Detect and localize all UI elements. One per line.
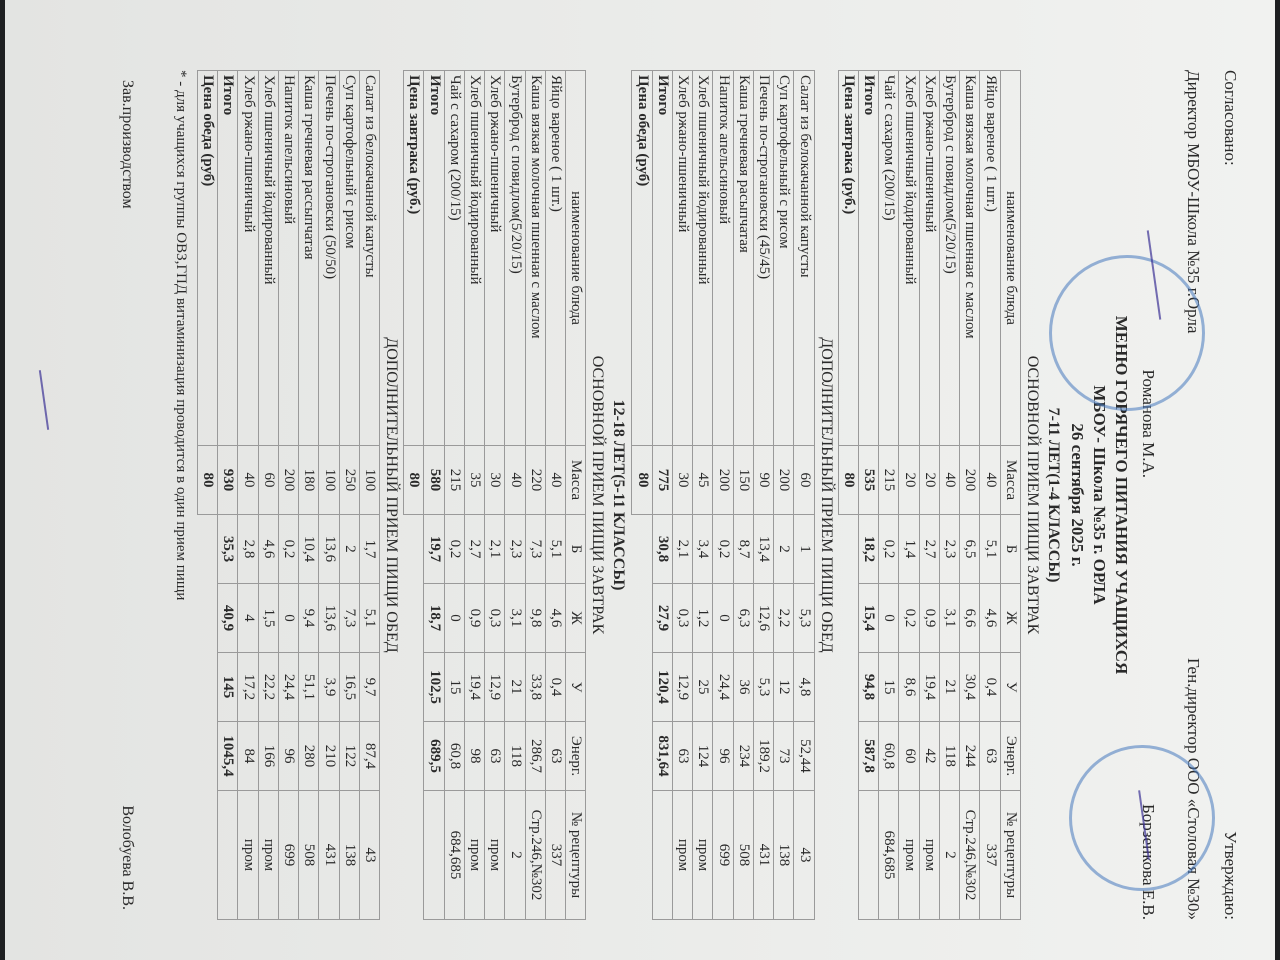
table-row: Яйцо вареное ( 1 шт.)405,14,60,463337: [980, 71, 1000, 920]
cell-mass: 215: [879, 446, 899, 515]
cell-energy: 210: [319, 722, 339, 791]
cell-b: 2,7: [464, 515, 484, 584]
table-row: Каша вязкая молочная пшенная с маслом220…: [525, 71, 545, 920]
menu-document-page: Согласовано: Директор МБОУ-Школа №35 г.О…: [5, 0, 1275, 960]
cell-recipe: пром: [258, 791, 278, 920]
total-recipe: [424, 791, 444, 920]
table-row: Напиток апельсиновый2000,2024,496699: [713, 71, 733, 920]
cell-recipe: 138: [774, 791, 794, 920]
cell-energy: 124: [693, 722, 713, 791]
cell-b: 2,3: [939, 515, 959, 584]
cell-zh: 5,3: [794, 584, 814, 653]
school-stamp: [1049, 255, 1205, 411]
cell-mass: 250: [339, 446, 359, 515]
cell-name: Хлеб ржано-пшеничный: [919, 71, 939, 446]
cell-zh: 13,6: [319, 584, 339, 653]
cell-mass: 60: [258, 446, 278, 515]
cell-mass: 40: [238, 446, 258, 515]
cell-b: 3,4: [693, 515, 713, 584]
lunch-section-title: ДОПОЛНИТЕЛЬНЫЙ ПРИЕМ ПИЩИ ОБЕД: [382, 70, 400, 920]
cell-mass: 90: [753, 446, 773, 515]
cell-u: 12: [774, 653, 794, 722]
cell-u: 8,6: [899, 653, 919, 722]
table-row: Бутерброд с повидлом(5/20/15)402,33,1211…: [939, 71, 959, 920]
cell-energy: 63: [545, 722, 565, 791]
cell-mass: 200: [713, 446, 733, 515]
cell-name: Салат из белокачанной капусты: [359, 71, 379, 446]
breakfast-section-title: ОСНОВНОЙ ПРИЕМ ПИЩИ ЗАВТРАК: [1023, 70, 1041, 920]
cell-energy: 189,2: [753, 722, 773, 791]
table-row: Хлеб ржано-пшеничный302,10,312,963пром: [485, 71, 505, 920]
cell-u: 5,3: [753, 653, 773, 722]
cell-name: Бутерброд с повидлом(5/20/15): [939, 71, 959, 446]
cell-name: Хлеб ржано-пшеничный: [238, 71, 258, 446]
total-zh: 27,9: [652, 584, 672, 653]
cell-energy: 63: [485, 722, 505, 791]
cell-recipe: 684,685: [879, 791, 899, 920]
cell-mass: 30: [672, 446, 692, 515]
cell-recipe: 337: [545, 791, 565, 920]
cell-recipe: 431: [319, 791, 339, 920]
cell-name: Суп картофельный с рисом: [774, 71, 794, 446]
cell-energy: 166: [258, 722, 278, 791]
cell-energy: 60,8: [444, 722, 464, 791]
cell-zh: 4,6: [545, 584, 565, 653]
cell-b: 4,6: [258, 515, 278, 584]
cell-u: 33,8: [525, 653, 545, 722]
total-energy: 689,5: [424, 722, 444, 791]
total-energy: 587,8: [858, 722, 878, 791]
total-row: Итого53518,215,494,8587,8: [858, 71, 878, 920]
table-row: Суп картофельный с рисом25027,316,512213…: [339, 71, 359, 920]
cell-recipe: пром: [485, 791, 505, 920]
table-row: Каша вязкая молочная пшенная с маслом200…: [960, 71, 980, 920]
age-groups: 7-11 ЛЕТ(1-4 КЛАССЫ)ОСНОВНОЙ ПРИЕМ ПИЩИ …: [197, 70, 1062, 920]
cell-b: 2: [339, 515, 359, 584]
column-header-zh: Ж: [1000, 584, 1020, 653]
price-label: Цена завтрака (руб.): [404, 71, 424, 446]
cell-name: Хлеб пшеничный йодированный: [464, 71, 484, 446]
cell-energy: 96: [278, 722, 298, 791]
table-row: Салат из белокачанной капусты1001,75,19,…: [359, 71, 379, 920]
cell-recipe: 337: [980, 791, 1000, 920]
cell-mass: 40: [980, 446, 1000, 515]
cell-energy: 96: [713, 722, 733, 791]
cell-name: Суп картофельный с рисом: [339, 71, 359, 446]
cell-mass: 20: [899, 446, 919, 515]
cell-u: 3,9: [319, 653, 339, 722]
total-zh: 15,4: [858, 584, 878, 653]
total-name: Итого: [652, 71, 672, 446]
cell-u: 51,1: [299, 653, 319, 722]
cell-recipe: пром: [899, 791, 919, 920]
total-u: 145: [218, 653, 238, 722]
price-value: 80: [838, 446, 858, 515]
signature-right-name: Волобуева В.В.: [118, 805, 136, 910]
column-header-b: Б: [1000, 515, 1020, 584]
agreed-label: Согласовано:: [1218, 70, 1241, 478]
cell-mass: 35: [464, 446, 484, 515]
signatures-block: Зав.производством Волобуева В.В.: [118, 70, 136, 920]
column-header-recipe: № рецептуры: [1000, 791, 1020, 920]
cell-b: 0,2: [879, 515, 899, 584]
signature-left-label: Зав.производством: [118, 80, 136, 209]
table-row: Чай с сахаром (200/15)2150,201560,8684,6…: [879, 71, 899, 920]
cell-recipe: 431: [753, 791, 773, 920]
cell-b: 1: [794, 515, 814, 584]
column-header-u: У: [1000, 653, 1020, 722]
cell-b: 2: [774, 515, 794, 584]
breakfast-table: наименование блюдаМассаБЖУЭнерг.№ рецепт…: [838, 70, 1021, 920]
column-header-name: наименование блюда: [566, 71, 586, 446]
total-b: 19,7: [424, 515, 444, 584]
table-row: Напиток апельсиновый2000,2024,496699: [278, 71, 298, 920]
total-zh: 40,9: [218, 584, 238, 653]
cell-zh: 0,3: [672, 584, 692, 653]
total-mass: 535: [858, 446, 878, 515]
cell-recipe: пром: [919, 791, 939, 920]
cell-u: 24,4: [713, 653, 733, 722]
cell-energy: 63: [672, 722, 692, 791]
cell-name: Салат из белокачанной капусты: [794, 71, 814, 446]
cell-mass: 200: [278, 446, 298, 515]
cell-energy: 244: [960, 722, 980, 791]
table-row: Печень по-строгановски (50/50)10013,613,…: [319, 71, 339, 920]
cell-zh: 3,1: [505, 584, 525, 653]
cell-recipe: пром: [238, 791, 258, 920]
cell-b: 5,1: [980, 515, 1000, 584]
cell-zh: 0: [444, 584, 464, 653]
cell-energy: 98: [464, 722, 484, 791]
cell-mass: 40: [939, 446, 959, 515]
cell-zh: 2,2: [774, 584, 794, 653]
cell-name: Печень по-строгановски (50/50): [319, 71, 339, 446]
lunch-table: Салат из белокачанной капусты1001,75,19,…: [197, 70, 380, 920]
cell-mass: 20: [919, 446, 939, 515]
cell-u: 25: [693, 653, 713, 722]
cell-recipe: 2: [939, 791, 959, 920]
column-header-energy: Энерг.: [1000, 722, 1020, 791]
cell-name: Яйцо вареное ( 1 шт.): [545, 71, 565, 446]
column-header-name: наименование блюда: [1000, 71, 1020, 446]
total-recipe: [652, 791, 672, 920]
total-u: 120,4: [652, 653, 672, 722]
cell-u: 21: [939, 653, 959, 722]
age-group-title: 7-11 ЛЕТ(1-4 КЛАССЫ): [1044, 70, 1062, 920]
table-row: Хлеб ржано-пшеничный302,10,312,963пром: [672, 71, 692, 920]
cell-name: Хлеб ржано-пшеничный: [672, 71, 692, 446]
cell-b: 10,4: [299, 515, 319, 584]
cell-mass: 30: [485, 446, 505, 515]
cell-zh: 0,2: [899, 584, 919, 653]
table-row: Яйцо вареное ( 1 шт.)405,14,60,463337: [545, 71, 565, 920]
total-mass: 930: [218, 446, 238, 515]
cell-recipe: Стр.246,№302: [960, 791, 980, 920]
cell-name: Хлеб пшеничный йодированный: [899, 71, 919, 446]
total-mass: 775: [652, 446, 672, 515]
lunch-table: Салат из белокачанной капусты6015,34,852…: [631, 70, 814, 920]
column-header-b: Б: [566, 515, 586, 584]
table-row: Печень по-строгановски (45/45)9013,412,6…: [753, 71, 773, 920]
table-header-row: наименование блюдаМассаБЖУЭнерг.№ рецепт…: [1000, 71, 1020, 920]
column-header-mass: Масса: [1000, 446, 1020, 515]
cell-zh: 9,8: [525, 584, 545, 653]
table-row: Хлеб пшеничный йодированный604,61,522,21…: [258, 71, 278, 920]
cell-u: 15: [444, 653, 464, 722]
cell-u: 4,8: [794, 653, 814, 722]
cell-recipe: пром: [464, 791, 484, 920]
cell-u: 19,4: [919, 653, 939, 722]
cell-b: 2,3: [505, 515, 525, 584]
cell-name: Хлеб ржано-пшеничный: [485, 71, 505, 446]
cell-name: Хлеб пшеничный йодированный: [693, 71, 713, 446]
price-label: Цена завтрака (руб.): [838, 71, 858, 446]
cell-zh: 0: [278, 584, 298, 653]
cell-u: 12,9: [672, 653, 692, 722]
cell-mass: 45: [693, 446, 713, 515]
price-label: Цена обеда (руб): [197, 71, 217, 446]
cell-b: 0,2: [713, 515, 733, 584]
cell-name: Яйцо вареное ( 1 шт.): [980, 71, 1000, 446]
cell-b: 8,7: [733, 515, 753, 584]
table-row: Хлеб пшеничный йодированный201,40,28,660…: [899, 71, 919, 920]
cell-name: Каша вязкая молочная пшенная с маслом: [960, 71, 980, 446]
cell-b: 0,2: [444, 515, 464, 584]
total-row: Итого58019,718,7102,5689,5: [424, 71, 444, 920]
cell-zh: 6,6: [960, 584, 980, 653]
cell-u: 22,2: [258, 653, 278, 722]
cell-energy: 280: [299, 722, 319, 791]
cell-recipe: 43: [794, 791, 814, 920]
age-group-title: 12-18 ЛЕТ(5-11 КЛАССЫ): [609, 70, 627, 920]
cell-energy: 52,44: [794, 722, 814, 791]
cell-mass: 100: [319, 446, 339, 515]
cell-zh: 12,6: [753, 584, 773, 653]
cell-u: 17,2: [238, 653, 258, 722]
cell-energy: 286,7: [525, 722, 545, 791]
cell-recipe: 684,685: [444, 791, 464, 920]
total-row: Итого93035,340,91451045,4: [218, 71, 238, 920]
cell-mass: 40: [545, 446, 565, 515]
breakfast-section-title: ОСНОВНОЙ ПРИЕМ ПИЩИ ЗАВТРАК: [588, 70, 606, 920]
cell-b: 5,1: [545, 515, 565, 584]
cell-energy: 42: [919, 722, 939, 791]
table-row: Чай с сахаром (200/15)2150,201560,8684,6…: [444, 71, 464, 920]
cell-b: 1,7: [359, 515, 379, 584]
cell-u: 30,4: [960, 653, 980, 722]
cell-name: Напиток апельсиновый: [713, 71, 733, 446]
total-u: 102,5: [424, 653, 444, 722]
cell-u: 19,4: [464, 653, 484, 722]
total-energy: 831,64: [652, 722, 672, 791]
cell-name: Каша вязкая молочная пшенная с маслом: [525, 71, 545, 446]
cell-mass: 200: [960, 446, 980, 515]
approved-label: Утверждаю:: [1218, 512, 1241, 920]
cell-energy: 60: [899, 722, 919, 791]
total-name: Итого: [218, 71, 238, 446]
total-recipe: [858, 791, 878, 920]
cell-zh: 3,1: [939, 584, 959, 653]
cell-u: 16,5: [339, 653, 359, 722]
cell-b: 2,8: [238, 515, 258, 584]
cell-zh: 0,3: [485, 584, 505, 653]
cell-u: 9,7: [359, 653, 379, 722]
total-u: 94,8: [858, 653, 878, 722]
cell-mass: 215: [444, 446, 464, 515]
cell-b: 13,4: [753, 515, 773, 584]
table-row: Каша гречневая расыпчатая1508,76,3362345…: [733, 71, 753, 920]
cell-recipe: пром: [672, 791, 692, 920]
cell-u: 15: [879, 653, 899, 722]
cell-b: 2,1: [485, 515, 505, 584]
total-name: Итого: [424, 71, 444, 446]
cell-zh: 1,5: [258, 584, 278, 653]
price-row: Цена завтрака (руб.)80: [404, 71, 424, 920]
total-energy: 1045,4: [218, 722, 238, 791]
cell-zh: 0: [879, 584, 899, 653]
table-row: Хлеб ржано-пшеничный202,70,919,442пром: [919, 71, 939, 920]
cell-zh: 1,2: [693, 584, 713, 653]
cell-energy: 234: [733, 722, 753, 791]
cell-energy: 87,4: [359, 722, 379, 791]
cell-u: 21: [505, 653, 525, 722]
cell-b: 0,2: [278, 515, 298, 584]
table-row: Салат из белокачанной капусты6015,34,852…: [794, 71, 814, 920]
cell-mass: 200: [774, 446, 794, 515]
price-value: 80: [197, 446, 217, 515]
total-row: Итого77530,827,9120,4831,64: [652, 71, 672, 920]
column-header-u: У: [566, 653, 586, 722]
cell-zh: 0,9: [464, 584, 484, 653]
total-b: 30,8: [652, 515, 672, 584]
cell-recipe: 508: [733, 791, 753, 920]
agreed-position: Директор МБОУ-Школа №35 г.Орла: [1181, 70, 1204, 478]
column-header-recipe: № рецептуры: [566, 791, 586, 920]
cell-energy: 122: [339, 722, 359, 791]
cell-energy: 118: [505, 722, 525, 791]
cell-zh: 4: [238, 584, 258, 653]
lunch-section-title: ДОПОЛНИТЕЛЬНЫЙ ПРИЕМ ПИЩИ ОБЕД: [817, 70, 835, 920]
table-row: Хлеб пшеничный йодированный453,41,225124…: [693, 71, 713, 920]
cell-zh: 0: [713, 584, 733, 653]
total-name: Итого: [858, 71, 878, 446]
cell-energy: 60,8: [879, 722, 899, 791]
cell-u: 0,4: [545, 653, 565, 722]
cell-zh: 4,6: [980, 584, 1000, 653]
price-row: Цена завтрака (руб.)80: [838, 71, 858, 920]
cell-recipe: 2: [505, 791, 525, 920]
cell-mass: 40: [505, 446, 525, 515]
cell-b: 13,6: [319, 515, 339, 584]
price-value: 80: [632, 446, 652, 515]
cell-u: 0,4: [980, 653, 1000, 722]
table-row: Суп картофельный с рисом20022,21273138: [774, 71, 794, 920]
cell-b: 2,1: [672, 515, 692, 584]
cell-name: Каша гречневая расыпчатая: [733, 71, 753, 446]
cell-name: Печень по-строгановски (45/45): [753, 71, 773, 446]
cell-energy: 63: [980, 722, 1000, 791]
total-zh: 18,7: [424, 584, 444, 653]
table-row: Бутерброд с повидлом(5/20/15)402,33,1211…: [505, 71, 525, 920]
cell-b: 7,3: [525, 515, 545, 584]
cell-recipe: 138: [339, 791, 359, 920]
table-header-row: наименование блюдаМассаБЖУЭнерг.№ рецепт…: [566, 71, 586, 920]
total-mass: 580: [424, 446, 444, 515]
cell-mass: 60: [794, 446, 814, 515]
cell-recipe: 508: [299, 791, 319, 920]
cell-name: Напиток апельсиновый: [278, 71, 298, 446]
price-label: Цена обеда (руб): [632, 71, 652, 446]
table-row: Каша гречневая рассыпчатая18010,49,451,1…: [299, 71, 319, 920]
cell-b: 1,4: [899, 515, 919, 584]
production-manager-signature: [39, 370, 49, 430]
cell-name: Каша гречневая рассыпчатая: [299, 71, 319, 446]
column-header-energy: Энерг.: [566, 722, 586, 791]
cell-recipe: 699: [278, 791, 298, 920]
cell-b: 6,5: [960, 515, 980, 584]
cell-mass: 150: [733, 446, 753, 515]
cell-name: Бутерброд с повидлом(5/20/15): [505, 71, 525, 446]
cell-zh: 5,1: [359, 584, 379, 653]
total-recipe: [218, 791, 238, 920]
table-row: Хлеб ржано-пшеничный402,8417,284пром: [238, 71, 258, 920]
cell-zh: 7,3: [339, 584, 359, 653]
cell-zh: 0,9: [919, 584, 939, 653]
price-value: 80: [404, 446, 424, 515]
cell-mass: 180: [299, 446, 319, 515]
cell-zh: 9,4: [299, 584, 319, 653]
total-b: 18,2: [858, 515, 878, 584]
cell-energy: 84: [238, 722, 258, 791]
total-b: 35,3: [218, 515, 238, 584]
price-row: Цена обеда (руб)80: [197, 71, 217, 920]
cell-u: 12,9: [485, 653, 505, 722]
cell-recipe: Стр.246,№302: [525, 791, 545, 920]
footnote: * - для учащихся группы ОВЗ,ГПД витамини…: [172, 70, 189, 920]
cell-u: 36: [733, 653, 753, 722]
cell-name: Чай с сахаром (200/15): [444, 71, 464, 446]
cell-energy: 118: [939, 722, 959, 791]
column-header-mass: Масса: [566, 446, 586, 515]
cell-recipe: пром: [693, 791, 713, 920]
cell-b: 2,7: [919, 515, 939, 584]
cell-mass: 220: [525, 446, 545, 515]
price-row: Цена обеда (руб)80: [632, 71, 652, 920]
cell-energy: 73: [774, 722, 794, 791]
table-row: Хлеб пшеничный йодированный352,70,919,49…: [464, 71, 484, 920]
column-header-zh: Ж: [566, 584, 586, 653]
cell-u: 24,4: [278, 653, 298, 722]
breakfast-table: наименование блюдаМассаБЖУЭнерг.№ рецепт…: [403, 70, 586, 920]
cell-recipe: 699: [713, 791, 733, 920]
cell-name: Чай с сахаром (200/15): [879, 71, 899, 446]
cell-zh: 6,3: [733, 584, 753, 653]
cell-mass: 100: [359, 446, 379, 515]
cell-name: Хлеб пшеничный йодированный: [258, 71, 278, 446]
cell-recipe: 43: [359, 791, 379, 920]
